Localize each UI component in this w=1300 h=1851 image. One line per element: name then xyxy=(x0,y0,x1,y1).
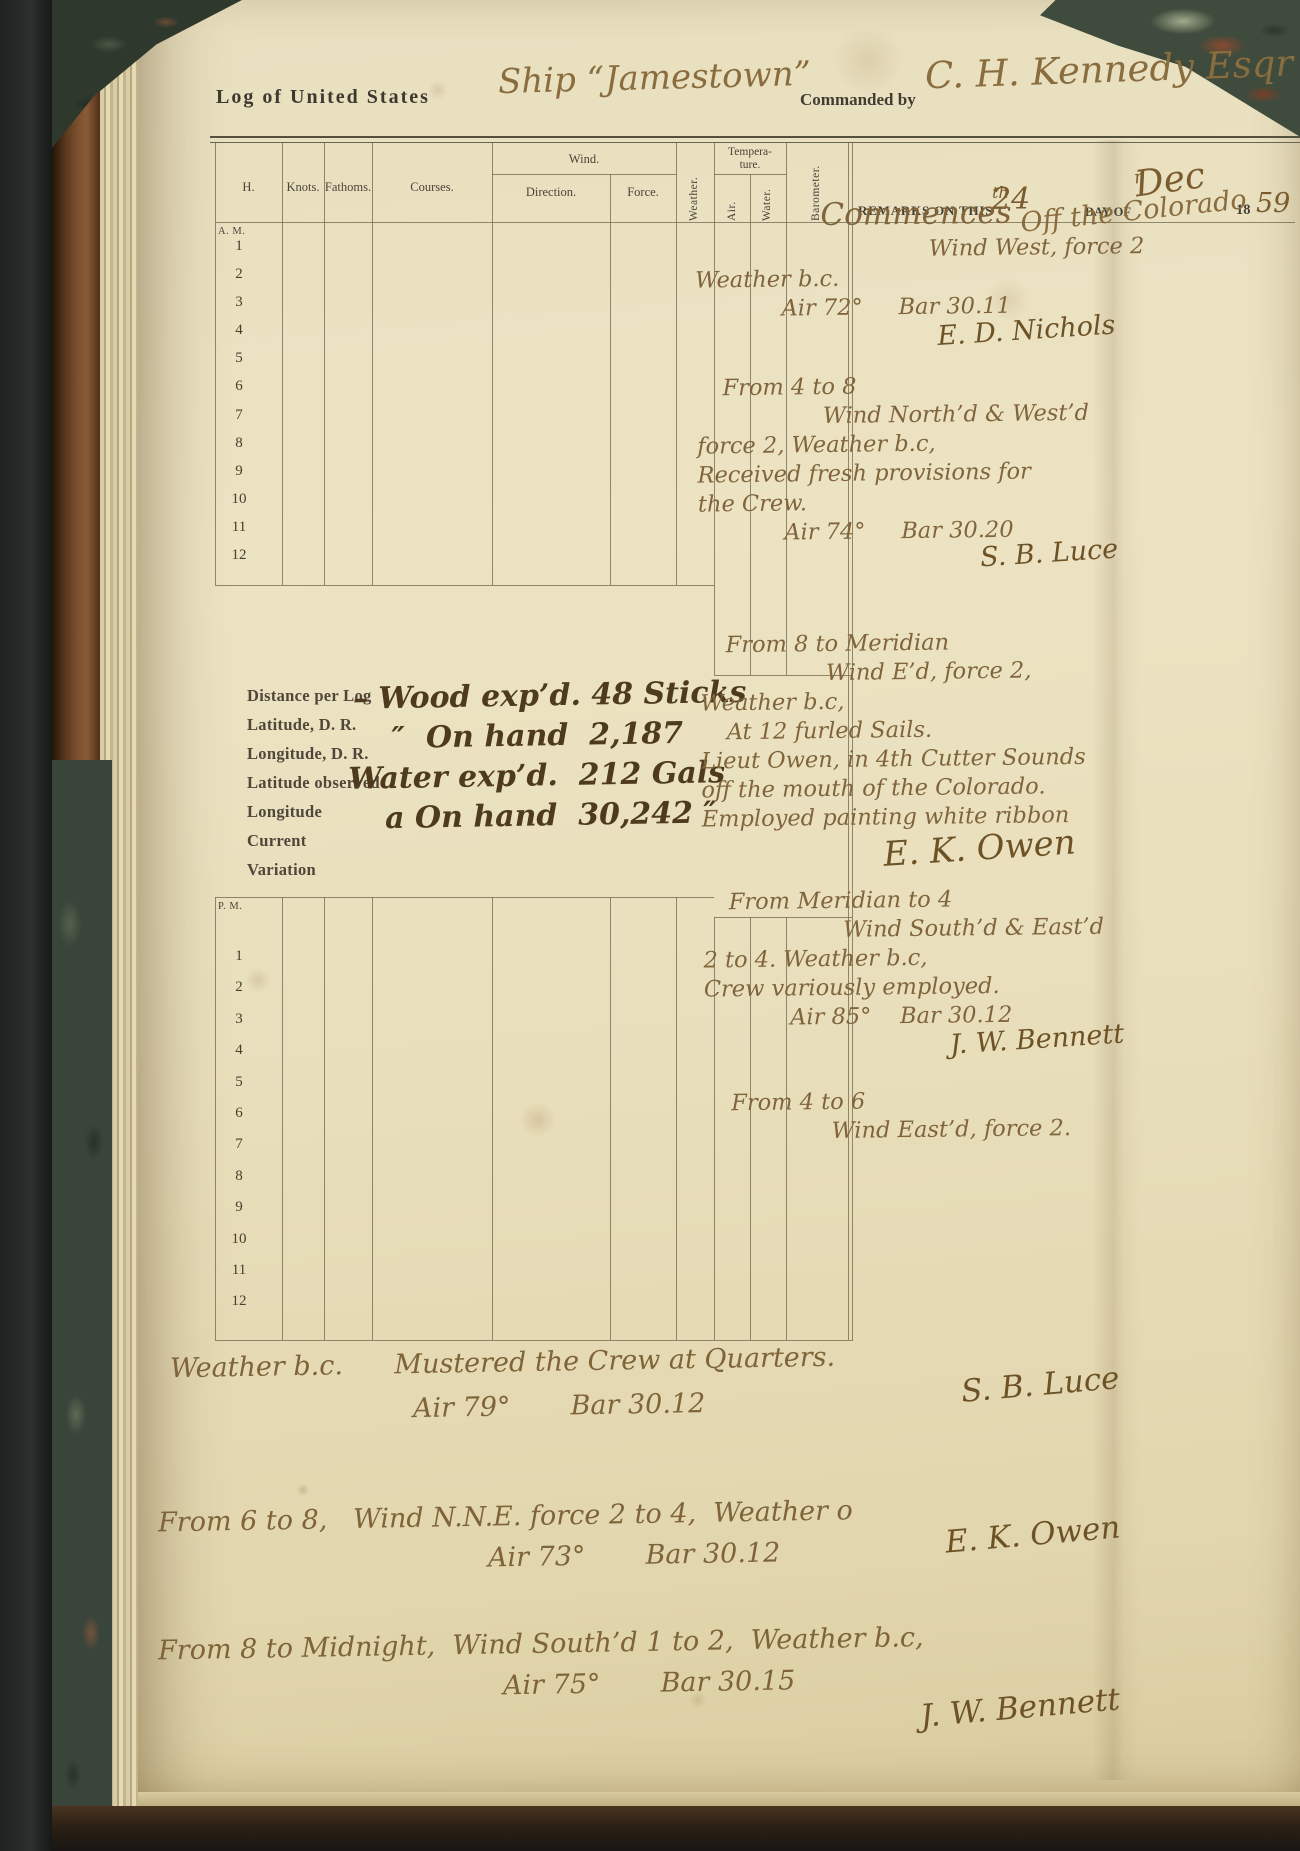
hour-row: 5 xyxy=(213,350,265,378)
hour-row: 7 xyxy=(213,407,265,435)
hour-row: 10 xyxy=(213,491,265,519)
column-header-fathoms: Fathoms. xyxy=(324,180,372,195)
column-header-direction: Direction. xyxy=(492,185,610,200)
remark-line-handwritten: Wind South’d & East’d xyxy=(843,913,1125,945)
hour-row: 1 xyxy=(213,238,265,266)
remark-line-handwritten: Wind East’d, force 2. xyxy=(831,1114,1127,1147)
hour-row: 12 xyxy=(213,547,265,575)
ship-name-handwritten: Ship “Jamestown” xyxy=(498,54,812,102)
logbook-photo: Log of United States Ship “Jamestown” Co… xyxy=(0,0,1300,1851)
grid-line xyxy=(215,1340,853,1341)
column-header-knots: Knots. xyxy=(282,180,324,195)
hour-row: 11 xyxy=(213,519,265,547)
grid-line xyxy=(714,174,786,175)
hour-row: 9 xyxy=(213,1199,265,1230)
hour-row: 1 xyxy=(213,948,265,979)
bottom-cover-shadow xyxy=(52,1806,1300,1851)
column-header-hours: H. xyxy=(215,180,282,195)
remark-line-handwritten: Wind E’d, force 2, xyxy=(826,656,1122,689)
hour-row: 5 xyxy=(213,1074,265,1105)
photo-dark-background xyxy=(0,0,52,1851)
column-header-courses: Courses. xyxy=(372,180,492,195)
hour-row: 3 xyxy=(213,294,265,322)
temperature-line2: ture. xyxy=(714,159,786,172)
hour-row: 6 xyxy=(213,378,265,406)
pm-label: P. M. xyxy=(218,901,242,912)
hour-row: 7 xyxy=(213,1136,265,1167)
am-hour-column: 123456789101112 xyxy=(213,238,265,575)
page-title: Log of United States xyxy=(216,86,430,109)
grid-line xyxy=(324,143,325,585)
grid-line xyxy=(676,143,677,585)
remarks-year-handwritten: 59 xyxy=(1256,188,1290,219)
grid-line xyxy=(610,897,611,1340)
pm-hour-column: 123456789101112 xyxy=(213,948,265,1325)
remark-line-handwritten: Commences xyxy=(820,193,1116,237)
hour-row: 8 xyxy=(213,435,265,463)
grid-line xyxy=(324,897,325,1340)
remark-line-handwritten: Wind North’d & West’d xyxy=(823,399,1119,432)
commanded-by-label: Commanded by xyxy=(800,90,916,110)
remarks-column: CommencesWind West, force 2Weather b.c.A… xyxy=(692,193,1128,1148)
grid-line xyxy=(492,897,493,1340)
page-bottom-edge xyxy=(138,1792,1300,1806)
hour-row: 9 xyxy=(213,463,265,491)
hour-row: 6 xyxy=(213,1105,265,1136)
column-group-temperature: Tempera- ture. xyxy=(714,146,786,172)
hour-row: 2 xyxy=(213,266,265,294)
noon-label: Variation xyxy=(247,860,457,889)
column-header-force: Force. xyxy=(610,185,676,200)
grid-line xyxy=(282,897,283,1340)
hour-row: 10 xyxy=(213,1231,265,1262)
grid-line xyxy=(372,897,373,1340)
grid-line xyxy=(492,143,493,585)
hour-row: 12 xyxy=(213,1293,265,1324)
grid-line xyxy=(282,143,283,585)
hour-row: 2 xyxy=(213,979,265,1010)
grid-line xyxy=(492,174,676,175)
footer-remarks: Weather b.c. Mustered the Crew at Quarte… xyxy=(158,1345,1120,1785)
grid-line xyxy=(610,174,611,585)
hour-row: 4 xyxy=(213,322,265,350)
hour-row: 11 xyxy=(213,1262,265,1293)
hour-row: 4 xyxy=(213,1042,265,1073)
temperature-line1: Tempera- xyxy=(714,146,786,159)
column-group-wind: Wind. xyxy=(492,152,676,167)
grid-line xyxy=(215,897,714,898)
header-double-rule xyxy=(210,136,1300,143)
grid-line xyxy=(676,897,677,1340)
grid-line xyxy=(215,585,714,586)
grid-line xyxy=(372,143,373,585)
am-label: A. M. xyxy=(218,226,245,237)
hour-row: 8 xyxy=(213,1168,265,1199)
remark-line-handwritten: Wind West, force 2 xyxy=(929,233,1117,264)
marbled-cover-left xyxy=(52,760,112,1851)
hour-row: 3 xyxy=(213,1011,265,1042)
